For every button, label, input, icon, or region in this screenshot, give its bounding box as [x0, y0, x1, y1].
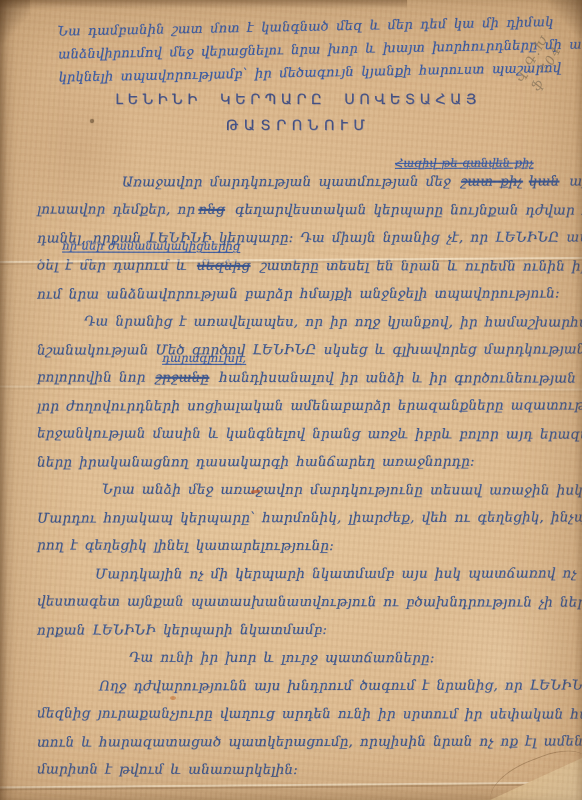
manuscript-line: ում նրա անձնավորության բարձր հմայքի անջն… [37, 279, 582, 308]
manuscript-line: Ողջ դժվարությունն այս խնդրում ծագում է ն… [37, 671, 582, 700]
manuscript-line: որ մեր ժամանակակիցներից ծել է մեր դարում… [37, 251, 582, 280]
fold-shadow [0, 787, 582, 800]
text-segment: գեղարվեստական կերպարը նույնքան դժվար է կ… [228, 202, 582, 219]
text-segment: Առաջավոր մարդկության պատմության մեջ [122, 174, 458, 191]
manuscript-body: Հազիվ թե գտնվեն քիչ Առաջավոր մարդկության… [37, 168, 582, 784]
text-segment: լուսավոր դեմքեր, որ [37, 201, 195, 217]
manuscript-page: Նա դամբանին շատ մոտ է կանգնած մեզ և մեր … [0, 0, 582, 800]
manuscript-line: վեստագետ այնքան պատասխանատվություն ու բծ… [37, 587, 582, 616]
text-segment: այնպիսի [562, 173, 582, 189]
struck-text: ոնց [198, 202, 225, 218]
manuscript-line: Նրա անձի մեջ առաջավոր մարդկությունը տեսա… [37, 475, 582, 504]
manuscript-line: Դա նրանից է առավելապես, որ իր ողջ կյանքո… [37, 307, 582, 336]
manuscript-line: որքան ԼԵՆԻՆԻ կերպարի նկատմամբ: [37, 615, 582, 644]
manuscript-line: դարագլուխը, բոլորովին նոր շրջանը հանդիսա… [37, 363, 582, 392]
text-segment: հանդիսանալով իր անձի և իր գործունեության… [212, 370, 582, 387]
manuscript-line: նշանակության Մեծ գործով ԼԵՆԻՆԸ սկսեց և գ… [37, 335, 582, 364]
document-title: ԼԵՆԻՆԻ ԿԵՐՊԱՐԸ ՍՈՎԵՏԱՀԱՅ ԹԱՏՐՈՆՈՒՄ [0, 92, 582, 134]
manuscript-line: մեզնից յուրաքանչյուրը վաղուց արդեն ունի … [37, 699, 582, 728]
manuscript-line: տուն և հարազատացած պատկերացումը, որպիսին… [37, 727, 582, 756]
struck-text: շրջանը [155, 370, 209, 386]
struck-text: մեզնից [197, 258, 251, 274]
document-title-line-2: ԹԱՏՐՈՆՈՒՄ [14, 118, 582, 134]
manuscript-line: րող է գեղեցիկ լինել կատարելությունը: [37, 531, 582, 560]
page-corner-shadow [0, 0, 30, 46]
struck-text: կան [529, 173, 560, 189]
page-edge-shadow [0, 0, 407, 9]
manuscript-line: Դա ունի իր խոր և լուրջ պատճառները: [37, 643, 582, 672]
manuscript-line: Մարդկային ոչ մի կերպարի նկատմամբ այս իսկ… [37, 559, 582, 588]
manuscript-line: երջանկության մասին և կանգնելով նրանց առջ… [37, 419, 582, 448]
manuscript-line: Մարդու հոյակապ կերպարը՝ հարմոնիկ, լիարժե… [37, 503, 582, 532]
manuscript-line: մարիտն է թվում և անառարկելին: [37, 755, 582, 784]
inserted-correction: դարագլուխը, [162, 352, 246, 365]
struck-text: շատ քիչ [461, 174, 523, 190]
text-segment: բոլորովին նոր [37, 369, 153, 385]
manuscript-line: Հազիվ թե գտնվեն քիչ Առաջավոր մարդկության… [37, 167, 582, 196]
manuscript-line: լուսավոր դեմքեր, որոնց գեղարվեստական կեր… [37, 195, 582, 224]
header-note: Նա դամբանին շատ մոտ է կանգնած մեզ և մեր … [57, 11, 528, 89]
inserted-correction: որ մեր ժամանակակիցներից [62, 239, 240, 252]
text-segment: շատերը տեսել են նրան և ուրեմն ունին իրեն… [253, 258, 582, 275]
manuscript-line: լոր ժողովուրդների սոցիալական ամենաբարձր … [37, 391, 582, 420]
manuscript-line: ները իրականացնող դասակարգի հանճարեղ առաջ… [37, 447, 582, 476]
text-segment: ծել է մեր դարում և [37, 257, 194, 273]
inserted-correction: Հազիվ թե գտնվեն քիչ [395, 157, 534, 170]
document-title-line-1: ԼԵՆԻՆԻ ԿԵՐՊԱՐԸ ՍՈՎԵՏԱՀԱՅ [14, 92, 582, 108]
